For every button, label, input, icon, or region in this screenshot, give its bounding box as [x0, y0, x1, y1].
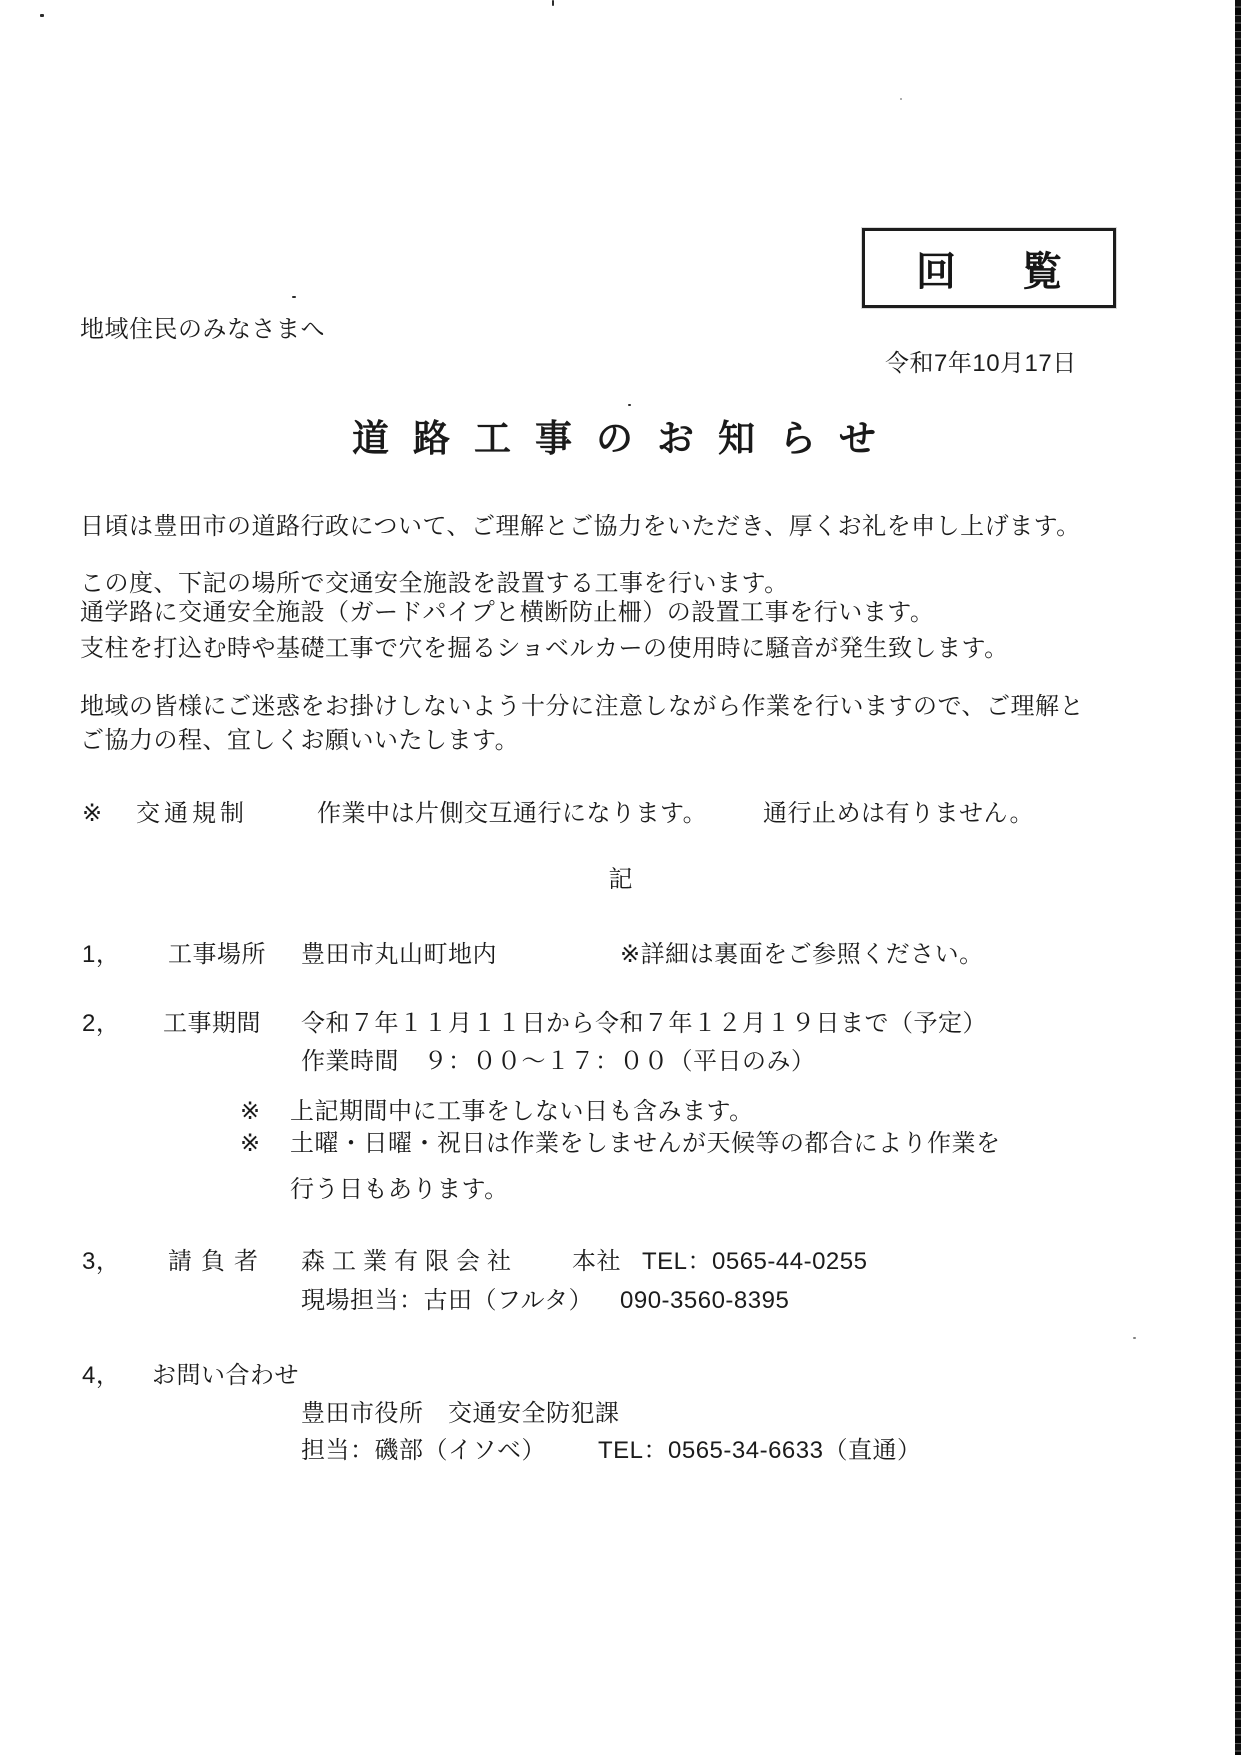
- item2-note2-line2: 行う日もあります。: [290, 1176, 509, 1204]
- inquiry-tel: TEL：0565-34-6633（直通）: [598, 1437, 921, 1465]
- inquiry-contact: 担当：磯部（イソベ）: [301, 1437, 546, 1465]
- notice-document: 回覧 地域住民のみなさまへ 令和7年10月17日 道路工事のお知らせ 日頃は豊田…: [0, 0, 1241, 1755]
- issue-date: 令和7年10月17日: [885, 350, 1077, 378]
- item4-number: 4，: [82, 1362, 120, 1390]
- document-title: 道路工事のお知らせ: [352, 418, 900, 461]
- scan-speck: [292, 296, 296, 298]
- item2-hours: 作業時間 ９：００～１７：００（平日のみ）: [301, 1048, 816, 1076]
- item1-value: 豊田市丸山町地内: [301, 941, 497, 969]
- site-contact-tel: 090-3560-8395: [620, 1287, 789, 1315]
- ki-marker: 記: [0, 866, 1241, 894]
- intro-paragraph: 日頃は豊田市の道路行政について、ご理解とご協力をいただき、厚くお礼を申し上げます…: [80, 513, 1081, 541]
- request-line: 地域の皆様にご迷惑をお掛けしないよう十分に注意しながら作業を行いますので、ご理解…: [80, 693, 1084, 721]
- regulation-text: 通行止めは有りません。: [763, 800, 1034, 828]
- item2-note2-marker: ※: [240, 1130, 261, 1158]
- item2-number: 2，: [82, 1010, 120, 1038]
- regulation-marker: ※: [82, 800, 103, 828]
- scan-speck: [552, 0, 554, 6]
- contractor-name: 森工業有限会社: [301, 1248, 518, 1276]
- scan-speck: [628, 404, 631, 406]
- item4-label: お問い合わせ: [152, 1362, 299, 1390]
- scan-edge-line: [1235, 0, 1241, 1755]
- inquiry-office: 豊田市役所 交通安全防犯課: [301, 1400, 620, 1428]
- item3-number: 3，: [82, 1248, 120, 1276]
- item2-note1: 上記期間中に工事をしない日も含みます。: [290, 1098, 754, 1126]
- contractor-office-label: 本社: [572, 1248, 621, 1276]
- item1-label: 工事場所: [168, 941, 266, 969]
- item2-note1-marker: ※: [240, 1098, 261, 1126]
- item2-note2-line1: 土曜・日曜・祝日は作業をしませんが天候等の都合により作業を: [290, 1130, 1001, 1158]
- item3-label: 請負者: [168, 1248, 267, 1276]
- scan-speck: [1133, 1337, 1136, 1339]
- site-contact: 現場担当：古田（フルタ）: [301, 1287, 593, 1315]
- notice-line: この度、下記の場所で交通安全施設を設置する工事を行います。: [80, 570, 789, 598]
- notice-line: 支柱を打込む時や基礎工事で穴を掘るショベルカーの使用時に騒音が発生致します。: [80, 635, 1009, 663]
- item2-label: 工事期間: [163, 1010, 261, 1038]
- contractor-office-tel: TEL：0565-44-0255: [642, 1248, 867, 1276]
- circulation-stamp-box: 回覧: [862, 228, 1116, 308]
- scan-speck: [40, 14, 44, 17]
- scan-speck: [900, 98, 902, 100]
- item2-period: 令和７年１１月１１日から令和７年１２月１９日まで（予定）: [301, 1010, 987, 1038]
- regulation-text: 作業中は片側交互通行になります。: [317, 800, 707, 828]
- recipient-line: 地域住民のみなさまへ: [80, 316, 325, 344]
- circulation-stamp-label: 回覧: [916, 240, 1128, 297]
- notice-line: 通学路に交通安全施設（ガードパイプと横断防止柵）の設置工事を行います。: [80, 599, 934, 627]
- item1-number: 1，: [82, 941, 120, 969]
- request-line: ご協力の程、宜しくお願いいたします。: [80, 727, 519, 755]
- item1-note: ※詳細は裏面をご参照ください。: [620, 941, 984, 969]
- regulation-label: 交通規制: [136, 800, 248, 828]
